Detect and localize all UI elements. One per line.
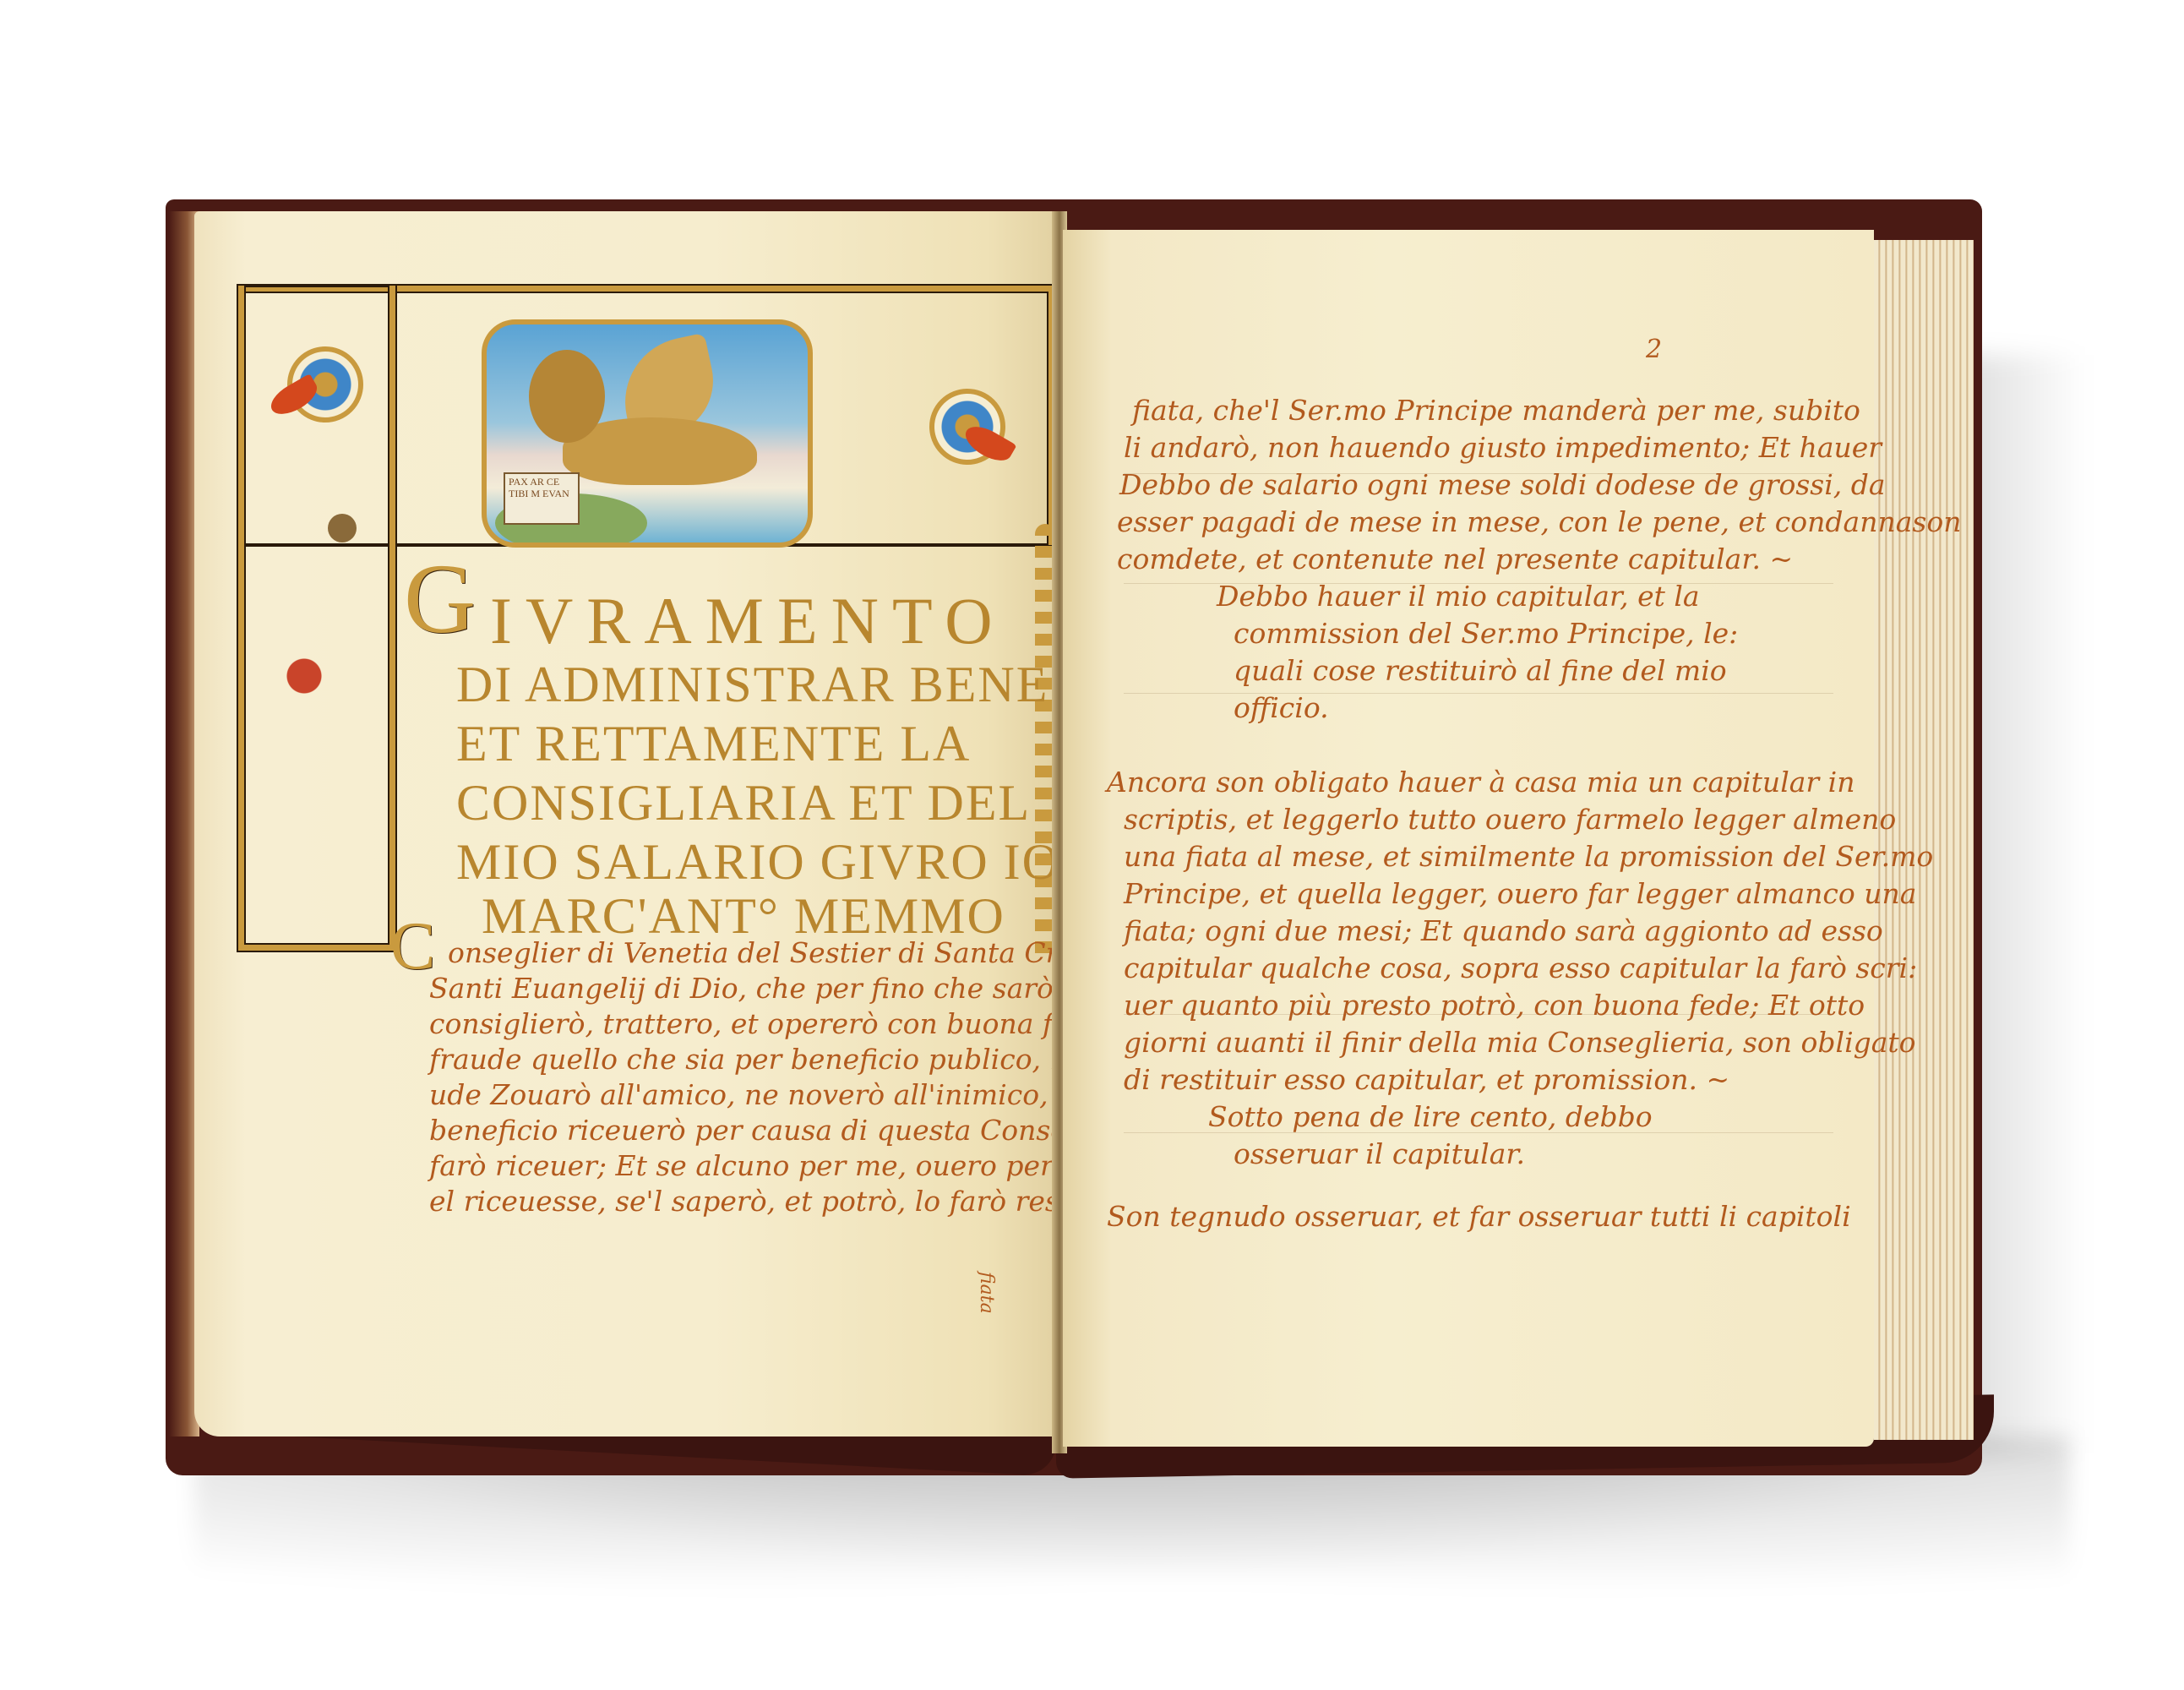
red-dolphin-icon [279, 651, 330, 701]
title-line: DI ADMINISTRAR BENE [456, 656, 1048, 714]
text-line: Debbo hauer il mio capitular, et la [1217, 580, 1700, 613]
text-line: osseruar il capitular. [1234, 1137, 1525, 1170]
text-line: una fiata al mese, et similmente la prom… [1124, 840, 1933, 873]
title-line: CONSIGLIARIA ET DEL [456, 774, 1031, 832]
text-line: comdete, et contenute nel presente capit… [1117, 542, 1793, 575]
text-line: quali cose restituirò al fine del mio [1234, 654, 1727, 687]
text-line: commission del Ser.mo Principe, le: [1234, 617, 1738, 650]
title-line: IVRAMENTO [490, 583, 1006, 659]
text-line: Debbo de salario ogni mese soldi dodese … [1119, 468, 1886, 501]
text-line: Ancora son obligato hauer à casa mia un … [1107, 766, 1855, 799]
book-text: TIBI M [509, 488, 540, 499]
winged-lion-panel: PAX AR CE TIBI M EVAN [482, 319, 813, 548]
text-line: Son tegnudo osseruar, et far osseruar tu… [1107, 1200, 1851, 1233]
text-line: li andarò, non hauendo giusto impediment… [1124, 431, 1882, 464]
title-line: ET RETTAMENTE LA [456, 715, 971, 773]
text-line: Sotto pena de lire cento, debbo [1208, 1100, 1653, 1133]
open-gospel-book: PAX AR CE TIBI M EVAN [504, 472, 580, 525]
text-line: Principe, et quella legger, ouero far le… [1124, 877, 1916, 910]
title-line: MIO SALARIO GIVRO IO [456, 833, 1060, 891]
lion-head [529, 350, 605, 443]
body-initial: C [390, 913, 435, 980]
title-initial: G [404, 549, 476, 649]
text-line: scriptis, et leggerlo tutto ouero farmel… [1124, 803, 1896, 836]
text-line: giorni auanti il finir della mia Consegl… [1124, 1026, 1916, 1059]
text-line: capitular qualche cosa, sopra esso capit… [1124, 951, 1917, 984]
grotesque-mask-icon [328, 514, 357, 542]
catchword: fiata [976, 1272, 997, 1314]
text-line: fiata, che'l Ser.mo Principe manderà per… [1132, 394, 1860, 427]
book-text: EVAN [542, 488, 569, 499]
text-line: officio. [1234, 691, 1329, 724]
folio-number: 2 [1646, 335, 1662, 364]
text-line: uer quanto più presto potrò, con buona f… [1124, 989, 1865, 1022]
text-line: esser pagadi de mese in mese, con le pen… [1117, 505, 1961, 538]
text-line: di restituir esso capitular, et promissi… [1124, 1063, 1729, 1096]
text-line: fiata; ogni due mesi; Et quando sarà agg… [1124, 914, 1883, 947]
ruling-line [1124, 693, 1833, 694]
book-text: AR CE [530, 476, 559, 488]
book-text: PAX [509, 476, 528, 488]
